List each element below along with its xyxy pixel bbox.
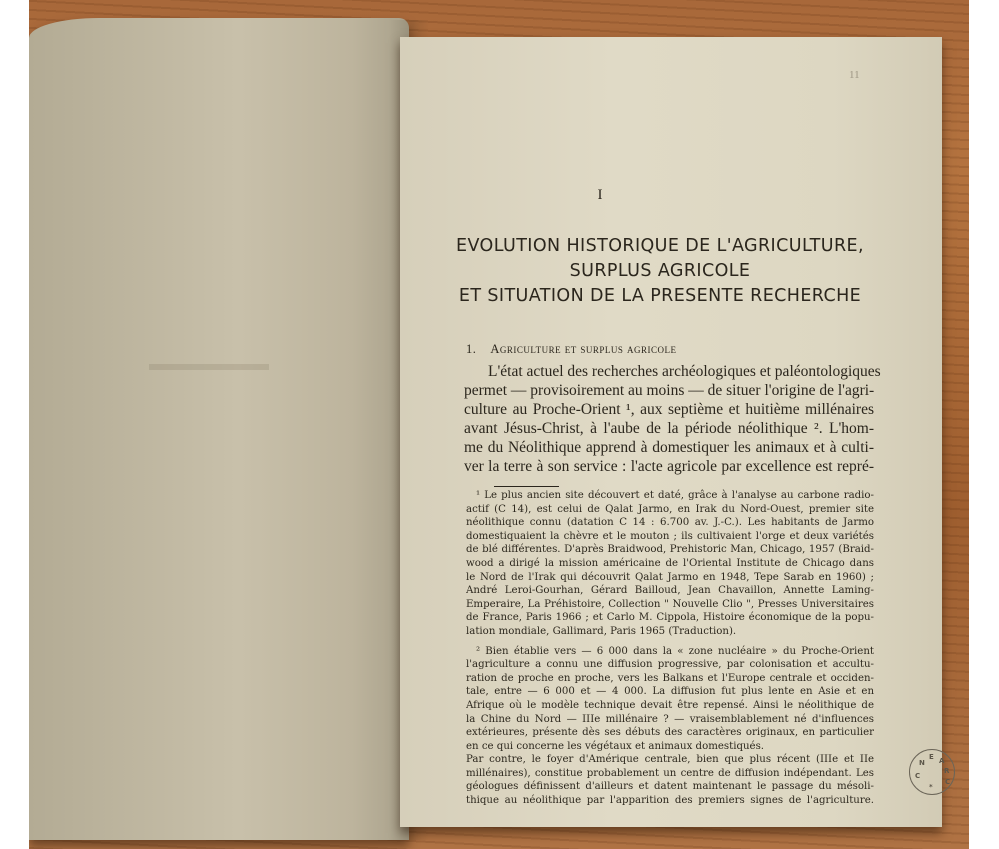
chapter-numeral: I [400, 187, 800, 204]
body-line: ver la terre à son service : l'acte agri… [464, 457, 874, 476]
left-page-blank [29, 18, 409, 840]
chapter-title-line: Evolution historique de l'agriculture, [440, 234, 880, 259]
footnote-2-line: en ce qui concerne les végétaux et anima… [466, 740, 874, 754]
page-number: 11 [849, 69, 860, 81]
stamp-letter: N [919, 759, 925, 767]
footnote-2-line: thique au néolithique par l'apparition d… [466, 794, 874, 808]
body-line: permet — provisoirement au moins — de si… [464, 381, 874, 400]
stamp-letter: A [939, 757, 944, 765]
footnote-2-line: millénaires), constitue probablement un … [466, 767, 874, 781]
footnote-1-line: le Nord de l'Irak qui découvrit Qalat Ja… [466, 571, 874, 585]
show-through-mark [149, 364, 269, 370]
footnote-1-line: domestiquaient la chèvre et le mouton ; … [466, 530, 874, 544]
stamp-star: * [929, 783, 933, 791]
chapter-title-line: et situation de la presente recherche [440, 284, 880, 309]
footnote-2-line: extérieures, présente dès ses débuts des… [466, 726, 874, 740]
footnote-2-line: tale, entre — 6 000 et — 4 000. La diffu… [466, 685, 874, 699]
footnote-1-line: actif (C 14), est celui de Qalat Jarmo, … [466, 503, 874, 517]
footnote-1-line: ¹ Le plus ancien site découvert et daté,… [466, 489, 874, 503]
chapter-title: Evolution historique de l'agriculture, s… [440, 234, 880, 309]
footnote-1-line: Emperaire, La Préhistoire, Collection " … [466, 598, 874, 612]
footnote-2-line: géologues définissent d'ailleurs et date… [466, 780, 874, 794]
right-page: 11 I Evolution historique de l'agricultu… [400, 37, 942, 827]
footnote-1-line: néolithique connu (datation C 14 : 6.700… [466, 516, 874, 530]
body-line: me du Néolithique apprend à domestiquer … [464, 438, 874, 457]
footnote-2-line: la Chine du Nord — IIIe millénaire ? — v… [466, 713, 874, 727]
footnote-2-line: ration de proche en proche, vers les Bal… [466, 672, 874, 686]
body-paragraph: L'état actuel des recherches archéologiq… [464, 362, 874, 476]
footnote-2-line: Par contre, le foyer d'Amérique centrale… [466, 753, 874, 767]
section-heading: 1.Agriculture et surplus agricole [466, 342, 676, 357]
footnote-1-line: de France, Paris 1966 ; et Carlo M. Cipp… [466, 611, 874, 625]
section-title: Agriculture et surplus agricole [490, 342, 676, 356]
footnote-2-line: l'agriculture a connu une diffusion prog… [466, 658, 874, 672]
body-line: avant Jésus-Christ, à l'aube de la pério… [464, 419, 874, 438]
library-stamp-icon: C N E A R C * [909, 749, 955, 795]
footnote-1-line: wood a dirigé la mission américaine de l… [466, 557, 874, 571]
footnote-separator [494, 486, 559, 487]
stamp-letter: R [944, 767, 949, 775]
stamp-letter: C [945, 778, 950, 786]
footnote-1-line: André Leroi-Gourhan, Gérard Bailloud, Je… [466, 584, 874, 598]
chapter-title-line: surplus agricole [440, 259, 880, 284]
footnote-1-line: de blé différentes. D'après Braidwood, P… [466, 543, 874, 557]
body-line: L'état actuel des recherches archéologiq… [464, 362, 874, 381]
book-photo: 11 I Evolution historique de l'agricultu… [29, 0, 969, 849]
footnote-2-line: ² Bien établie vers — 6 000 dans la « zo… [466, 645, 874, 659]
body-line: culture au Proche-Orient ¹, aux septième… [464, 400, 874, 419]
stamp-letter: E [929, 753, 934, 761]
footnote-2-line: Afrique où le modèle technique devait êt… [466, 699, 874, 713]
footnotes: ¹ Le plus ancien site découvert et daté,… [466, 489, 874, 808]
stamp-letter: C [915, 772, 920, 780]
section-number: 1. [466, 342, 476, 356]
footnote-1-line: lation mondiale, Gallimard, Paris 1965 (… [466, 625, 874, 639]
